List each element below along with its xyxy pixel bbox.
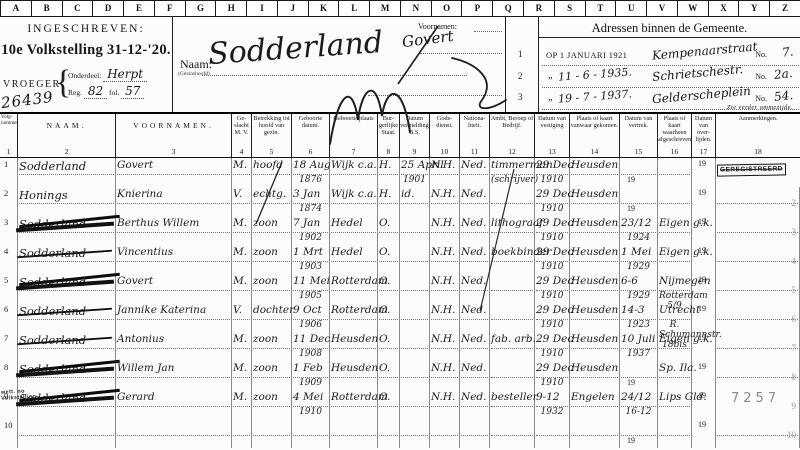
tab-letter-C: C [62,0,94,17]
column-header-5: Betrekking tot hoofd van gezin.5 [252,114,292,157]
cell-geb2 [293,436,328,448]
cell-bs2 [401,233,428,245]
cell-geslacht: M. [233,391,250,407]
surname-handwritten: Sodderland [207,25,384,72]
column-number: 13 [535,147,569,157]
column-header-12: Ambt, Beroep of Bedrijf.12 [490,114,535,157]
cell-vertrek1: 14-3 [621,304,656,320]
cell-beroep2 [491,233,533,245]
column-label: Datum van vestiging [535,114,569,129]
tab-letter-F: F [154,0,186,17]
table-row-2: 2HoningsKnierinaV.echtg.3 Jan1874Wijk c.… [0,187,800,216]
card-header: INGESCHREVEN: 10e Volkstelling 31-12-'20… [0,17,800,114]
column-header-6: Geboorte datum.6 [292,114,330,157]
tab-letter-N: N [400,0,432,17]
cell-plaats: Heusden [331,333,376,349]
cell-geb1 [293,420,328,436]
cell-vertrek2: 19 [621,175,656,187]
cell-bs2 [401,378,428,390]
no-label: No. [755,72,767,81]
tab-letter-P: P [461,0,493,17]
cell-waarheen2: Rotterdam 5/9 [659,291,690,303]
tab-letter-Z: Z [769,0,800,17]
tab-letter-K: K [308,0,340,17]
cell-vertrek2: 1924 [621,233,656,245]
cell-geb2: 1905 [293,291,328,303]
cell-betrekking: zoon [253,246,290,262]
census-title: 10e Volkstelling 31-12-'20. [0,42,172,59]
tab-letter-H: H [215,0,247,17]
cell-geb1: 18 Aug [293,159,328,175]
tab-letter-W: W [677,0,709,17]
cell-vertrek2: 1923 [621,320,656,332]
column-label: Aanmerkingen. [716,114,800,122]
column-label: Plaats of kaart waarheen afgeschreven. [658,114,691,143]
column-header-7: Geboorte-plaats7 [330,114,378,157]
cell-voornamen: Gerard [117,391,230,407]
column-number: 2 [18,147,115,157]
cell-vertrek1: 1 Mei [621,246,656,262]
tab-letter-T: T [585,0,617,17]
cell-vertrek1: 24/12 [621,391,656,407]
cell-beroep1 [491,304,533,320]
cell-vertrek1: 10 Juli [621,333,656,349]
cell-waarheen1: Nijmegen [659,275,690,291]
cell-betrekking: zoon [253,275,290,291]
verso-bleed-number: 7 [792,343,797,353]
cell-overl: 19 [693,333,714,348]
column-header-4: Ge-slacht M. V.4 [232,114,252,157]
cell-plaats: Rotterdam [331,304,376,320]
cell-beroep2 [491,291,533,303]
tab-letter-L: L [338,0,370,17]
cell-beroep2 [491,378,533,390]
table-row-5: 5SodderlandGovertM.zoon11 Mei1905Rotterd… [0,274,800,303]
verso-bleed-number: 4 [792,256,797,266]
cell-vertrek1: 23/12 [621,217,656,233]
cell-waarheen1 [659,159,690,175]
cell-bs1 [401,217,428,233]
cell-nat: Ned. [461,188,488,204]
cell-waarheen1: Eigen g.k. [659,333,690,349]
cell-nat: Ned. [461,304,488,320]
cell-geb1: 3 Jan [293,188,328,204]
cell-vertrek1 [621,362,656,378]
address-street: Kempenaarstraat [652,39,758,62]
cell-geslacht: V. [233,304,250,320]
cell-waarheen2 [659,262,690,274]
cell-bs1 [401,420,428,436]
cell-waarheen1 [659,420,690,436]
tab-letter-Y: Y [738,0,770,17]
cell-vest1: 29 Dec [536,188,568,204]
table-row-8: 8SodderlandWillem JanM.zoon1 Feb1909Heus… [0,361,800,390]
cell-voornamen: Govert [117,275,230,291]
cell-plaats: Wijk c.a. [331,188,376,204]
cell-bs2: 1901 [401,175,428,187]
no-label: No. [755,94,767,103]
column-header-9: Datum vermelding B.S.9 [400,114,430,157]
cell-vanwaar: Heusden [571,362,618,378]
cell-vertrek2: 1929 [621,262,656,274]
table-row-6: 6SodderlandJannike KaterinaV.dochter9 Oc… [0,303,800,332]
house-number: 7. [781,44,794,59]
cell-overl: 19 [693,304,714,319]
cell-geb1: 7 Jan [293,217,328,233]
column-number: 7 [330,147,377,157]
cell-waarheen2: R. Schumannstr. 18bis [659,320,690,332]
column-header-17: Datum van over-lijden.17 [692,114,716,157]
column-label: Ge-slacht M. V. [232,114,251,136]
verso-bleed-number: 2 [792,198,797,208]
cell-bs1 [401,333,428,349]
cell-overl: 19 [693,391,714,406]
cell-beroep2 [491,436,533,448]
cell-vertrek2: 16-12 [621,407,656,419]
cell-gods: N.H. [431,333,458,349]
cell-bs: H. [379,188,398,204]
verso-bleed-number: 6 [792,314,797,324]
address-row-number: 3 [518,92,523,102]
column-header-10: Gods-dienst.10 [430,114,460,157]
column-number: 16 [658,147,691,157]
cell-nr: 5 [1,275,16,290]
cell-vertrek2: 1937 [621,349,656,361]
cell-geb1: 1 Feb [293,362,328,378]
ingeschreven-label: INGESCHREVEN: [0,23,172,35]
cell-bs2 [401,436,428,448]
cell-bs: O. [379,391,398,407]
cell-bs1 [401,391,428,407]
table-row-7: 7SodderlandAntoniusM.zoon11 Dec1908Heusd… [0,332,800,361]
cell-vest1: 29 Dec [536,159,568,175]
cell-voornamen [117,420,230,436]
cell-gods: N.H. [431,246,458,262]
tab-letter-X: X [708,0,740,17]
cell-vest2 [536,436,568,448]
cell-aanm: 7257 [717,391,798,406]
cell-voornamen: Vincentius [117,246,230,262]
cell-geslacht: M. [233,275,250,291]
cell-bs1: 25 April [401,159,428,175]
column-label: Geboorte datum. [292,114,329,129]
cell-vest1: 29 Dec [536,362,568,378]
gezinskaart-document: ABCDEFGHIJKLMNOPQRSTUVWXYZ INGESCHREVEN:… [0,0,800,450]
cell-geb2: 1874 [293,204,328,216]
cell-gods: N.H. [431,217,458,233]
dotted-line [368,94,502,96]
cell-nr: 6 [1,304,16,319]
verso-bleed-number: 10 [787,430,796,440]
cell-naam: Sodderland [19,362,114,378]
cell-vertrek1 [621,188,656,204]
cell-vest1: 29 Dec [536,246,568,262]
cell-vanwaar: Heusden [571,333,618,349]
column-label: Datum van vertrek. [620,114,657,129]
cell-overl: 19 [693,275,714,290]
firstname-handwritten: Govert [401,27,454,51]
cell-bs: O. [379,333,398,349]
cell-waarheen1 [659,188,690,204]
dotted-line [202,74,467,76]
cell-bs1 [401,246,428,262]
tab-letter-O: O [431,0,463,17]
table-row-9: 9SodderlandGerardM.zoon4 Mei1910Rotterda… [0,390,800,419]
column-label: Bur-gerlijke Staat. [378,114,399,136]
cell-betrekking [253,420,290,436]
cell-bs1 [401,362,428,378]
cell-waarheen2 [659,407,690,419]
tab-letter-S: S [554,0,586,17]
cell-vanwaar [571,420,618,436]
cell-geb1: 9 Oct [293,304,328,320]
address-street: Gelderscheplein [652,84,752,107]
cell-geb1: 4 Mei [293,391,328,407]
cell-geb2: 1903 [293,262,328,274]
tab-letter-D: D [92,0,124,17]
cell-vest2: 1932 [536,407,568,419]
address-date: 11 - 6 - 1935. [558,65,633,83]
cell-aanm [717,362,798,378]
cell-overl: 19 [693,159,714,174]
cell-waarheen1: Lips Gld. [659,391,690,407]
cell-overl: 19 [693,420,714,435]
cell-betrekking: hoofd [253,159,290,175]
table-row-3: 3SodderlandBerthus WillemM.zoon7 Jan1902… [0,216,800,245]
cell-vanwaar: Heusden [571,188,618,204]
onderdeel-value: Herpt [103,67,147,82]
cell-beroep1: fab. arb. [491,333,533,349]
column-header-11: Nationa-liteit.11 [460,114,490,157]
cell-vertrek2: 19 [621,204,656,216]
tab-letter-A: A [0,0,32,17]
onderdeel-label: Onderdeel: [68,71,101,80]
cell-aanm [717,275,798,291]
column-label: Plaats of kaart vanwaar gekomen. [570,114,619,129]
column-label: NAAM. [18,114,115,130]
column-number: 8 [378,147,399,157]
cell-geslacht: M. [233,362,250,378]
cell-vest2: 1910 [536,349,568,361]
cell-waarheen1: Utrecht [659,304,690,320]
cell-bs2 [401,349,428,361]
address-street: Schrietschestr. [652,62,744,84]
column-label: Gods-dienst. [430,114,459,129]
tab-letter-V: V [646,0,678,17]
ditto-mark: „ [548,92,552,103]
cell-geslacht: M. [233,333,250,349]
cell-voornamen: Berthus Willem [117,217,230,233]
column-number: 3 [116,147,231,157]
cell-vertrek1: 6-6 [621,275,656,291]
cell-voornamen: Govert [117,159,230,175]
cell-bs2 [401,320,428,332]
cell-naam: Sodderland [19,333,114,349]
cell-vest1: 29 Dec [536,333,568,349]
address-row-numbers: 1 2 3 [506,17,539,112]
column-header-3: VOORNAMEN.3 [116,114,232,157]
fol-value: 57 [121,84,144,99]
cell-waarheen2 [659,175,690,187]
alphabet-tabs: ABCDEFGHIJKLMNOPQRSTUVWXYZ [0,0,800,17]
cell-beroep2 [491,262,533,274]
cell-overl: 19 [693,217,714,232]
cell-bs: H. [379,159,398,175]
vroeger-register-lines: Onderdeel: Herpt Reg. 82 fol. 57 [68,67,147,101]
column-label: Nationa-liteit. [460,114,489,129]
no-label: No. [755,50,767,59]
cell-geslacht: M. [233,159,250,175]
cell-nat: Ned. [461,217,488,233]
column-label: Geboorte-plaats [330,114,377,122]
cell-vanwaar: Heusden [571,246,618,262]
column-header-2: NAAM.2 [18,114,116,157]
column-label: Volg-nummer. [0,114,17,127]
cell-gods: N.H. [431,159,458,175]
cell-beroep1 [491,188,533,204]
column-label: Betrekking tot hoofd van gezin. [252,114,291,136]
cell-nr: 1 [1,159,16,174]
cell-gods: N.H. [431,391,458,407]
cell-overl: 19 [693,362,714,377]
cell-vanwaar: Heusden [571,159,618,175]
cell-beroep1: lithograaf [491,217,533,233]
cell-voornamen: Willem Jan [117,362,230,378]
column-number: 6 [292,147,329,157]
cell-vest1: 29 Dec [536,217,568,233]
cell-nr: 4 [1,246,16,261]
cell-vertrek1 [621,159,656,175]
naam-label: Naam: [180,57,212,72]
column-header-13: Datum van vestiging13 [535,114,570,157]
cell-naam: Honings [19,188,114,204]
column-header-1: Volg-nummer.1 [0,114,18,157]
table-row-10: 10191910 [0,419,800,448]
cell-geb2: 1876 [293,175,328,187]
address-block-title: Adressen binnen de Gemeente. [538,17,800,38]
address-row-1: OP 1 JANUARI 1921 Kempenaarstraat No. 7. [542,44,799,66]
cell-bs [379,420,398,436]
cell-geb1: 11 Mei [293,275,328,291]
cell-waarheen1: Sp. Ila. [659,362,690,378]
cell-geslacht: M. [233,246,250,262]
cell-beroep1 [491,362,533,378]
cell-gods: N.H. [431,304,458,320]
column-number: 17 [692,147,715,157]
column-number: 9 [400,147,429,157]
cell-bs2 [401,291,428,303]
cell-bs: O. [379,275,398,291]
cell-aanm [717,246,798,262]
cell-naam: Sodderland [19,304,114,320]
cell-naam: Sodderland [19,275,114,291]
cell-vertrek1 [621,420,656,436]
cell-plaats [331,420,376,436]
column-label: Datum vermelding B.S. [400,114,429,136]
column-number: 12 [490,147,534,157]
cell-geslacht [233,420,250,436]
cell-nat: Ned. [461,333,488,349]
verso-bleed-number: 8 [792,372,797,382]
cell-bs1 [401,275,428,291]
card-number: 26439 [0,88,55,112]
column-number: 1 [0,147,17,157]
cell-beroep2: (schrijver) [491,175,533,187]
cell-betrekking: zoon [253,362,290,378]
cell-bs: O. [379,304,398,320]
cell-beroep2 [491,320,533,332]
cell-betrekking: zoon [253,217,290,233]
tab-letter-U: U [615,0,647,17]
dotted-line [420,52,502,54]
dotted-line [474,30,502,32]
column-header-16: Plaats of kaart waarheen afgeschreven.16 [658,114,692,157]
column-number: 11 [460,147,489,157]
cell-nat: Ned. [461,275,488,291]
cell-aanm [717,188,798,204]
verso-bleed-number: 3 [792,227,797,237]
column-number: 5 [252,147,291,157]
column-header-18: Aanmerkingen.18 [716,114,800,157]
tab-letter-M: M [369,0,401,17]
column-header-14: Plaats of kaart vanwaar gekomen.14 [570,114,620,157]
address-row-number: 1 [518,49,523,59]
cell-geb2: 1909 [293,378,328,390]
cell-aanm: GEREGISTREERD [717,163,786,176]
cell-vanwaar: Heusden [571,275,618,291]
address-row-number: 2 [518,71,523,81]
cell-aanm [717,217,798,233]
cell-nr: 7 [1,333,16,348]
cell-vest1: 29 Dec [536,275,568,291]
cell-naam: Sodderland [19,217,114,233]
cell-vest1: 29 Dec [536,304,568,320]
ditto-mark: „ [548,70,552,81]
cell-nat [461,420,488,436]
cell-vanwaar: Engelen [571,391,618,407]
verso-bleed-number: 5 [792,285,797,295]
cell-gods [431,420,458,436]
cell-beroep2 [491,204,533,216]
cell-plaats: Rotterdam [331,391,376,407]
cell-beroep1 [491,275,533,291]
cell-waarheen1: Eigen g.k. [659,246,690,262]
cell-vertrek2: 19 [621,436,656,448]
cell-aanm [717,333,798,349]
cell-bs: O. [379,246,398,262]
cell-beroep1: besteller [491,391,533,407]
reg-label: Reg. [68,88,82,97]
cell-waarheen2 [659,233,690,245]
cell-vertrek2: 19 [621,378,656,390]
column-header-15: Datum van vertrek.15 [620,114,658,157]
tab-letter-G: G [185,0,217,17]
table-body: 1SodderlandGovertM.hoofd18 Aug1876Wijk c… [0,158,800,448]
table-header-row: Volg-nummer.1NAAM.2VOORNAMEN.3Ge-slacht … [0,112,800,158]
cell-waarheen2 [659,378,690,390]
cell-beroep1 [491,420,533,436]
cell-beroep1: timmerman [491,159,533,175]
registration-block: INGESCHREVEN: 10e Volkstelling 31-12-'20… [0,17,173,112]
cell-geb2: 1902 [293,233,328,245]
cell-geb1: 1 Mrt [293,246,328,262]
cell-nat: Ned. [461,391,488,407]
cell-vest2: 1910 [536,320,568,332]
cell-geb2: 1908 [293,349,328,361]
cell-vest2: 1910 [536,233,568,245]
cell-betrekking: zoon [253,391,290,407]
cell-plaats: Wijk c.a. [331,159,376,175]
